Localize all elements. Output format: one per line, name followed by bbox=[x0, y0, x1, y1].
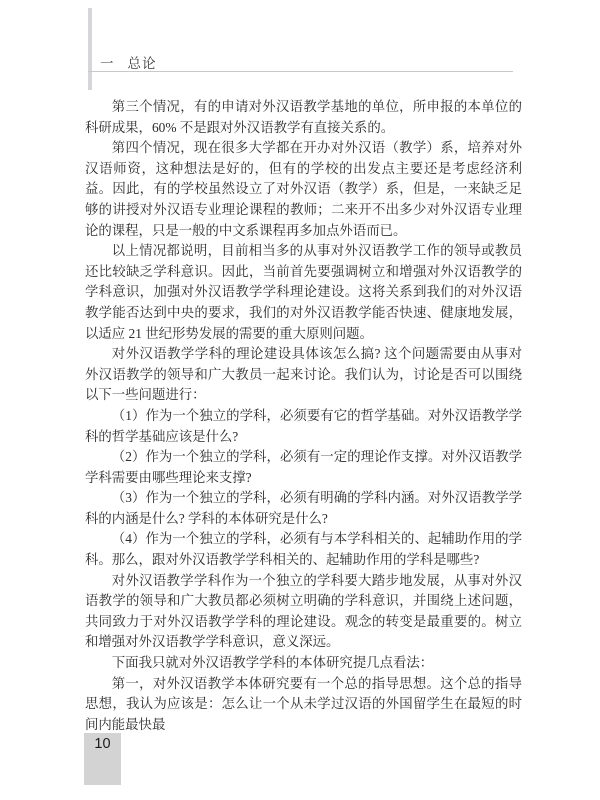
paragraph: 对外汉语教学学科作为一个独立的学科要大踏步地发展，从事对外汉语教学的领导和广大教… bbox=[85, 571, 522, 653]
list-item-question: （4）作为一个独立的学科，必须有与本学科相关的、起辅助作用的学科。那么，跟对外汉… bbox=[85, 529, 522, 570]
chapter-title: 总论 bbox=[128, 56, 157, 71]
page-body: 第三个情况，有的申请对外汉语教学基地的单位，所申报的本单位的科研成果，60% 不… bbox=[85, 97, 522, 735]
paragraph: 第三个情况，有的申请对外汉语教学基地的单位，所申报的本单位的科研成果，60% 不… bbox=[85, 97, 522, 138]
chapter-number: 一 bbox=[100, 52, 115, 72]
list-item-question: （2）作为一个独立的学科，必须有一定的理论作支撑。对外汉语教学学科需要由哪些理论… bbox=[85, 447, 522, 488]
paragraph: 第四个情况，现在很多大学都在开办对外汉语（教学）系，培养对外汉语师资，这种想法是… bbox=[85, 138, 522, 241]
list-item-question: （1）作为一个独立的学科，必须要有它的哲学基础。对外汉语教学学科的哲学基础应该是… bbox=[85, 406, 522, 447]
paragraph: 以上情况都说明，目前相当多的从事对外汉语教学工作的领导或教员还比较缺乏学科意识。… bbox=[85, 241, 522, 344]
list-item-question: （3）作为一个独立的学科，必须有明确的学科内涵。对外汉语教学学科的内涵是什么? … bbox=[85, 488, 522, 529]
paragraph: 对外汉语教学学科的理论建设具体该怎么搞? 这个问题需要由从事对外汉语教学的领导和… bbox=[85, 344, 522, 406]
running-header: 一总论 bbox=[100, 52, 157, 72]
paragraph: 下面我只就对外汉语教学学科的本体研究提几点看法： bbox=[85, 653, 522, 674]
book-page: 一总论 第三个情况，有的申请对外汉语教学基地的单位，所申报的本单位的科研成果，6… bbox=[0, 0, 600, 800]
page-number: 10 bbox=[84, 733, 121, 752]
margin-bar bbox=[88, 8, 92, 90]
page-number-box: 10 bbox=[84, 733, 121, 785]
header-rule bbox=[88, 71, 513, 72]
paragraph: 第一，对外汉语教学本体研究要有一个总的指导思想。这个总的指导思想，我认为应该是：… bbox=[85, 674, 522, 736]
